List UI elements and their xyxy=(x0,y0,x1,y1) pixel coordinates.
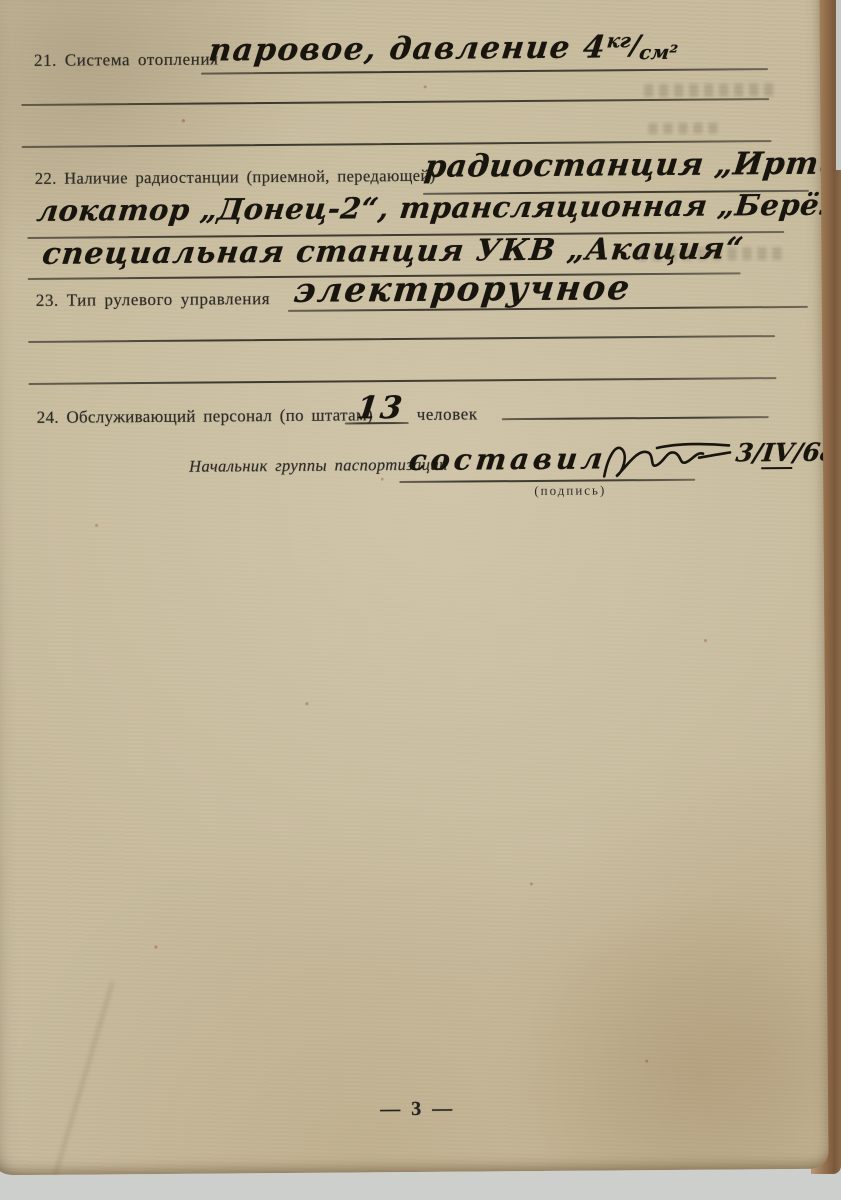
signature-written-word: составил xyxy=(407,441,608,477)
field-22-value-line2: локатор „Донец-2“, трансляционная „Берёз… xyxy=(35,187,829,228)
signature-date-handwritten: 3/IV/68г. xyxy=(734,437,828,467)
field-21-pressure-unit: кг/см² xyxy=(604,33,680,65)
field-22-value-line3: специальная станция УКВ „Акация“ xyxy=(40,231,745,272)
signature-scribble-icon xyxy=(599,435,733,482)
field-23-value-handwritten: электроручное xyxy=(291,268,633,311)
field-23-label: 23. Тип рулевого управления xyxy=(36,289,271,311)
field-24-value-handwritten: 13 xyxy=(355,390,406,426)
form-content: 21. Система отопления паровое, давление … xyxy=(0,0,817,1175)
field-24-label: 24. Обслуживающий персонал (по штатам) xyxy=(37,405,373,428)
signature-caption: (подпись) xyxy=(534,482,606,499)
paper-crease xyxy=(53,981,114,1175)
field-21-value-text: паровое, давление 4 xyxy=(207,29,609,68)
field-24-trailing-rule xyxy=(502,416,769,420)
field-22-value-line1: радиостанция „Иртыш“ xyxy=(423,145,829,185)
blank-rule-line xyxy=(28,377,776,385)
bleed-through-smudge xyxy=(648,123,718,135)
paper-page: 21. Система отопления паровое, давление … xyxy=(0,0,829,1175)
page-number: — 3 — xyxy=(380,1098,455,1122)
bleed-through-smudge xyxy=(644,83,779,97)
field-22-label: 22. Наличие радиостанции (приемной, пере… xyxy=(35,166,436,189)
field-21-label: 21. Система отопления xyxy=(34,49,219,70)
document-scan: 21. Система отопления паровое, давление … xyxy=(0,0,841,1200)
blank-rule-line xyxy=(28,335,775,343)
field-21-value-handwritten: паровое, давление 4кг/см² xyxy=(207,29,681,69)
scanner-background-sliver xyxy=(836,0,841,170)
field-24-suffix: человек xyxy=(417,404,478,424)
field-21-rule xyxy=(201,68,768,74)
blank-rule-line xyxy=(21,98,769,106)
